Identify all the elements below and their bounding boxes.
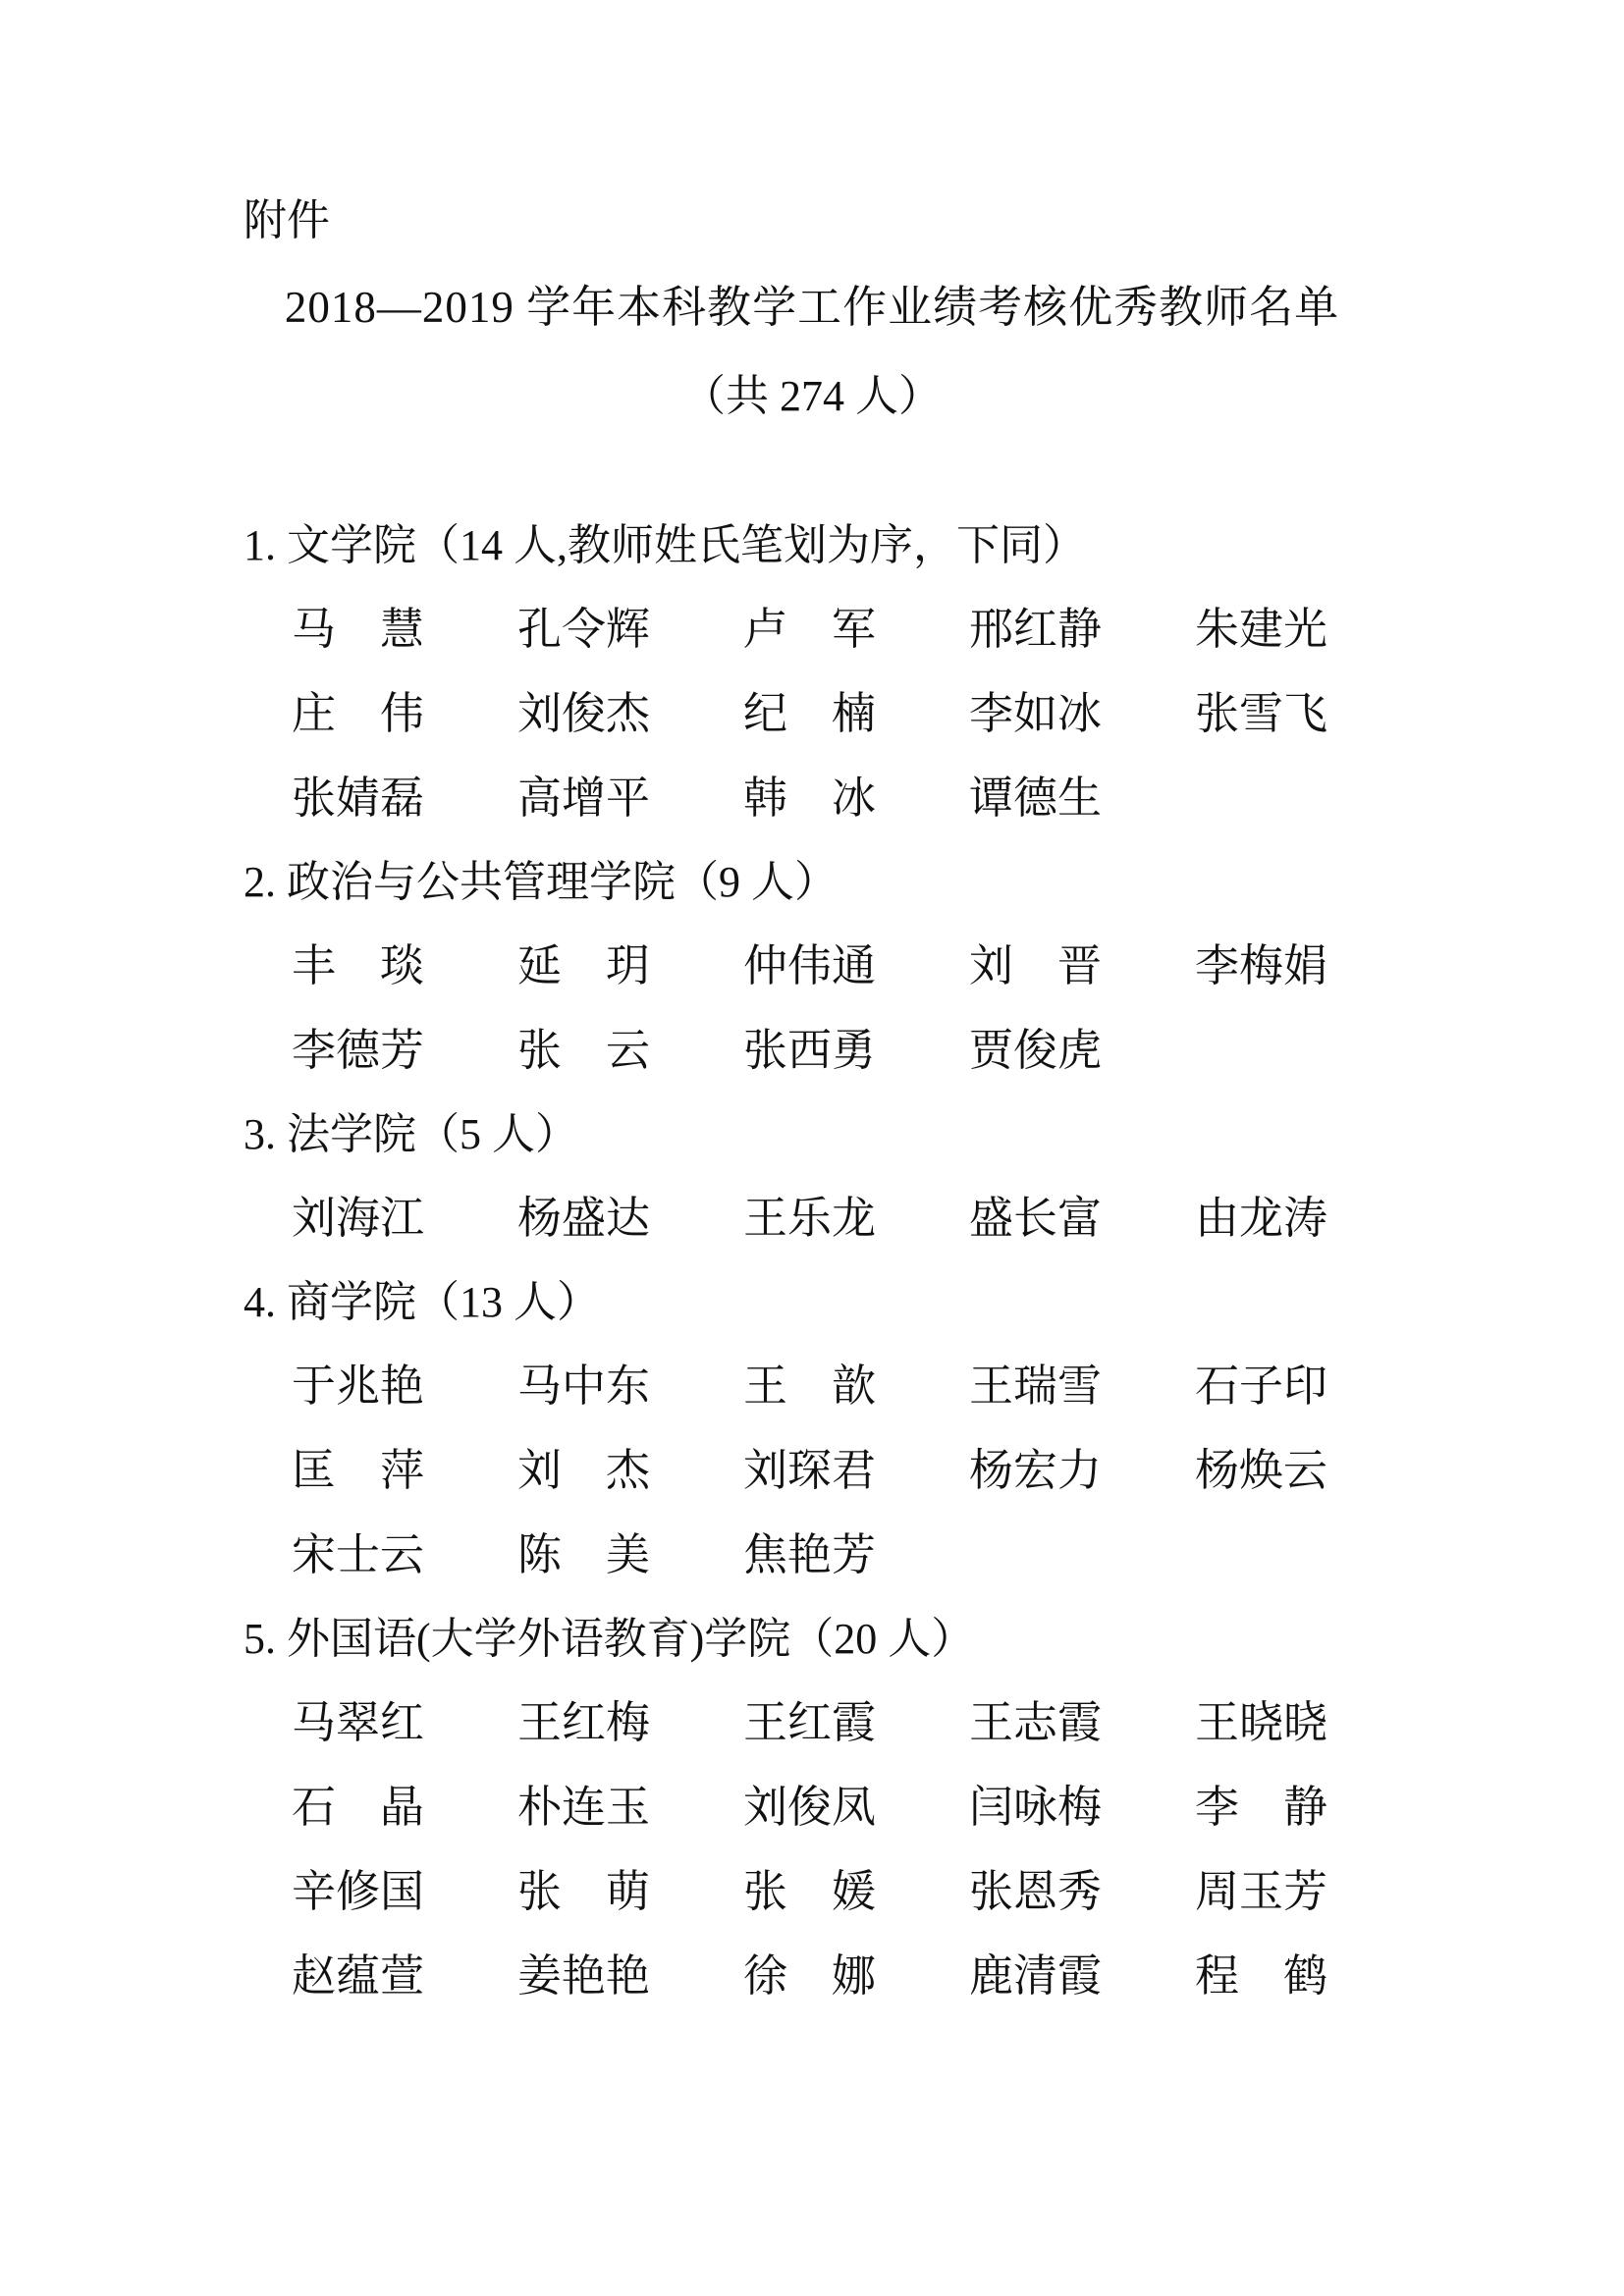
teacher-name: 李 静 [1195, 1786, 1421, 1830]
teacher-name: 于兆艳 [292, 1364, 517, 1409]
teacher-name: 闫咏梅 [969, 1786, 1195, 1830]
name-row: 丰 琰延 玥仲伟通刘 晋李梅娟 [292, 944, 1624, 988]
teacher-name: 陈 美 [517, 1533, 743, 1577]
section-heading: 3. 法学院（5 人） [244, 1113, 1624, 1156]
document-title: 2018—2019 学年本科教学工作业绩考核优秀教师名单 [0, 286, 1624, 330]
teacher-name: 刘琛君 [743, 1449, 969, 1493]
teacher-name: 张婧磊 [292, 776, 517, 821]
college-section: 2. 政治与公共管理学院（9 人）丰 琰延 玥仲伟通刘 晋李梅娟李德芳张 云张西… [0, 861, 1624, 1073]
name-row: 辛修国张 萌张 媛张恩秀周玉芳 [292, 1870, 1624, 1914]
teacher-name: 李梅娟 [1195, 944, 1421, 988]
teacher-name: 张雪飞 [1195, 692, 1421, 736]
teacher-name: 杨焕云 [1195, 1449, 1421, 1493]
teacher-name: 杨盛达 [517, 1197, 743, 1241]
name-row: 赵蕴萱姜艳艳徐 娜鹿清霞程 鹤 [292, 1954, 1624, 1999]
teacher-name: 丰 琰 [292, 944, 517, 988]
teacher-name: 马 慧 [292, 608, 517, 652]
teacher-name: 赵蕴萱 [292, 1954, 517, 1999]
teacher-name: 卢 军 [743, 608, 969, 652]
teacher-name: 延 玥 [517, 944, 743, 988]
teacher-name: 宋士云 [292, 1533, 517, 1577]
teacher-name: 匡 萍 [292, 1449, 517, 1493]
teacher-name: 徐 娜 [743, 1954, 969, 1999]
teacher-name: 王 歆 [743, 1364, 969, 1409]
teacher-name: 谭德生 [969, 776, 1195, 821]
teacher-name: 贾俊虎 [969, 1029, 1195, 1073]
teacher-name: 周玉芳 [1195, 1870, 1421, 1914]
name-row: 马 慧孔令辉卢 军邢红静朱建光 [292, 608, 1624, 652]
teacher-name: 马中东 [517, 1364, 743, 1409]
teacher-name: 杨宏力 [969, 1449, 1195, 1493]
teacher-name: 程 鹤 [1195, 1954, 1421, 1999]
teacher-name: 邢红静 [969, 608, 1195, 652]
teacher-name: 焦艳芳 [743, 1533, 969, 1577]
name-row: 马翠红王红梅王红霞王志霞王晓晓 [292, 1701, 1624, 1745]
teacher-name: 由龙涛 [1195, 1197, 1421, 1241]
name-row: 庄 伟刘俊杰纪 楠李如冰张雪飞 [292, 692, 1624, 736]
teacher-name: 王志霞 [969, 1701, 1195, 1745]
teacher-name: 辛修国 [292, 1870, 517, 1914]
section-heading: 4. 商学院（13 人） [244, 1281, 1624, 1324]
sections-container: 1. 文学院（14 人,教师姓氏笔划为序，下同）马 慧孔令辉卢 军邢红静朱建光庄… [0, 524, 1624, 1999]
teacher-name: 石子印 [1195, 1364, 1421, 1409]
name-row: 于兆艳马中东王 歆王瑞雪石子印 [292, 1364, 1624, 1409]
teacher-name: 刘 杰 [517, 1449, 743, 1493]
teacher-name: 李德芳 [292, 1029, 517, 1073]
teacher-name: 姜艳艳 [517, 1954, 743, 1999]
section-heading: 1. 文学院（14 人,教师姓氏笔划为序，下同） [244, 524, 1624, 567]
teacher-name: 刘俊杰 [517, 692, 743, 736]
teacher-name: 王瑞雪 [969, 1364, 1195, 1409]
teacher-name: 刘俊凤 [743, 1786, 969, 1830]
teacher-name: 纪 楠 [743, 692, 969, 736]
name-row: 李德芳张 云张西勇贾俊虎 [292, 1029, 1624, 1073]
teacher-name: 高增平 [517, 776, 743, 821]
teacher-name: 王乐龙 [743, 1197, 969, 1241]
college-section: 1. 文学院（14 人,教师姓氏笔划为序，下同）马 慧孔令辉卢 军邢红静朱建光庄… [0, 524, 1624, 821]
teacher-name: 刘海江 [292, 1197, 517, 1241]
teacher-name: 韩 冰 [743, 776, 969, 821]
name-row: 匡 萍刘 杰刘琛君杨宏力杨焕云 [292, 1449, 1624, 1493]
teacher-name: 张 媛 [743, 1870, 969, 1914]
teacher-name: 庄 伟 [292, 692, 517, 736]
name-row: 宋士云陈 美焦艳芳 [292, 1533, 1624, 1577]
teacher-name: 张西勇 [743, 1029, 969, 1073]
teacher-name: 王红梅 [517, 1701, 743, 1745]
teacher-name: 张 云 [517, 1029, 743, 1073]
teacher-name: 孔令辉 [517, 608, 743, 652]
section-heading: 2. 政治与公共管理学院（9 人） [244, 861, 1624, 904]
teacher-name: 鹿清霞 [969, 1954, 1195, 1999]
attachment-label: 附件 [244, 199, 1624, 242]
college-section: 3. 法学院（5 人）刘海江杨盛达王乐龙盛长富由龙涛 [0, 1113, 1624, 1241]
teacher-name: 王红霞 [743, 1701, 969, 1745]
name-row: 张婧磊高增平韩 冰谭德生 [292, 776, 1624, 821]
teacher-name: 马翠红 [292, 1701, 517, 1745]
document-subtitle: （共 274 人） [0, 375, 1624, 418]
teacher-name: 张 萌 [517, 1870, 743, 1914]
teacher-name: 石 晶 [292, 1786, 517, 1830]
teacher-name: 刘 晋 [969, 944, 1195, 988]
teacher-name: 仲伟通 [743, 944, 969, 988]
teacher-name: 张恩秀 [969, 1870, 1195, 1914]
teacher-name: 朱建光 [1195, 608, 1421, 652]
teacher-name: 盛长富 [969, 1197, 1195, 1241]
name-row: 刘海江杨盛达王乐龙盛长富由龙涛 [292, 1197, 1624, 1241]
teacher-name: 王晓晓 [1195, 1701, 1421, 1745]
section-heading: 5. 外国语(大学外语教育)学院（20 人） [244, 1618, 1624, 1661]
teacher-name: 朴连玉 [517, 1786, 743, 1830]
college-section: 4. 商学院（13 人）于兆艳马中东王 歆王瑞雪石子印匡 萍刘 杰刘琛君杨宏力杨… [0, 1281, 1624, 1577]
teacher-name: 李如冰 [969, 692, 1195, 736]
document-page: 附件 2018—2019 学年本科教学工作业绩考核优秀教师名单 （共 274 人… [0, 0, 1624, 2296]
name-row: 石 晶朴连玉刘俊凤闫咏梅李 静 [292, 1786, 1624, 1830]
college-section: 5. 外国语(大学外语教育)学院（20 人）马翠红王红梅王红霞王志霞王晓晓石 晶… [0, 1618, 1624, 1999]
